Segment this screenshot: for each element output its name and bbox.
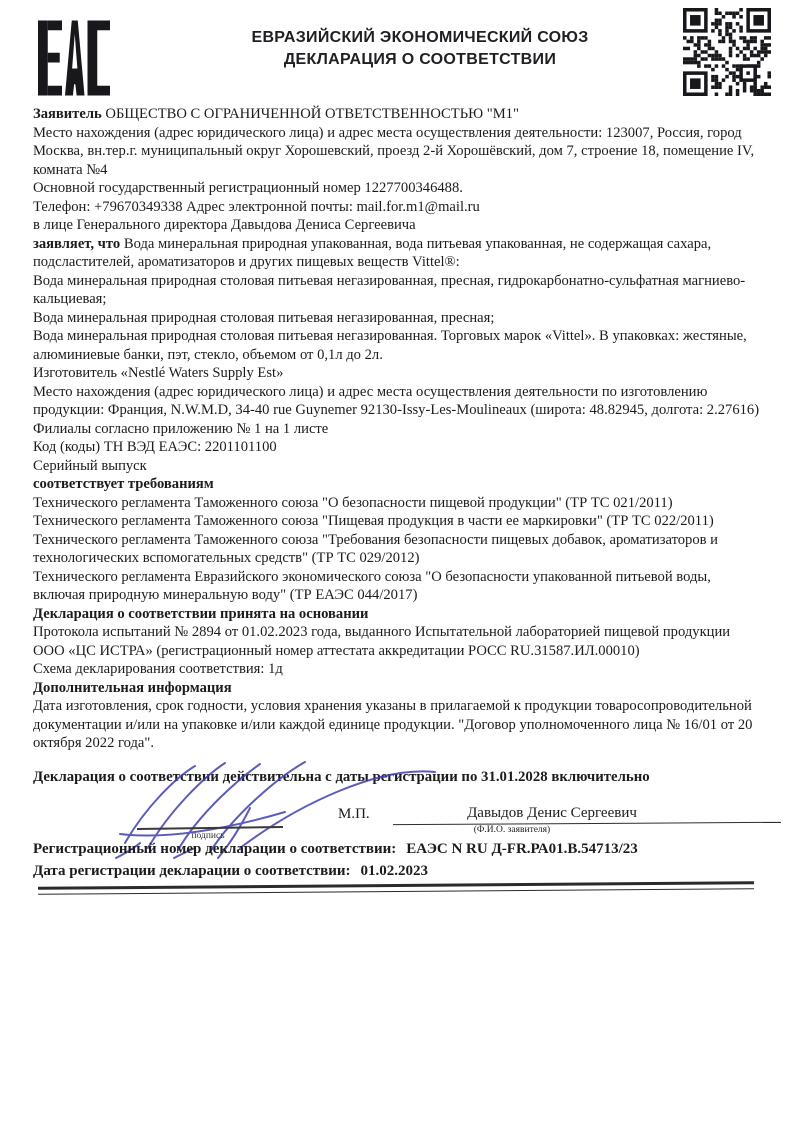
text-segment: Телефон: +79670349338 Адрес электронной … xyxy=(33,199,480,215)
para-product-variant-2: Вода минеральная природная столовая пить… xyxy=(33,309,761,328)
para-additional-info-heading: Дополнительная информация xyxy=(33,679,761,698)
signature-caption: подпись xyxy=(168,831,248,841)
para-manufacturer: Изготовитель «Nestlé Waters Supply Est» xyxy=(33,364,761,383)
para-manufacturer-address: Место нахождения (адрес юридического лиц… xyxy=(33,383,761,420)
para-ogrn: Основной государственный регистрационный… xyxy=(33,179,761,198)
declarant-name-block: Давыдов Денис Сергеевич (Ф.И.О. заявител… xyxy=(393,804,781,835)
validity-statement: Декларация о соответствии действительна … xyxy=(33,769,761,786)
para-basis-heading: Декларация о соответствии принята на осн… xyxy=(33,605,761,624)
text-segment: Место нахождения (адрес юридического лиц… xyxy=(33,125,754,178)
text-segment: Филиалы согласно приложению № 1 на 1 лис… xyxy=(33,421,328,437)
registration-date-value: 01.02.2023 xyxy=(361,863,429,879)
para-applicant-address: Место нахождения (адрес юридического лиц… xyxy=(33,124,761,180)
signature-line xyxy=(137,826,283,830)
text-segment: Вода минеральная природная столовая пить… xyxy=(33,328,747,363)
registration-date-label: Дата регистрации декларации о соответств… xyxy=(33,863,351,879)
para-contacts: Телефон: +79670349338 Адрес электронной … xyxy=(33,198,761,217)
para-declares-product: заявляет, что Вода минеральная природная… xyxy=(33,235,761,272)
text-segment: Технического регламента Таможенного союз… xyxy=(33,495,673,511)
text-segment: Изготовитель «Nestlé Waters Supply Est» xyxy=(33,365,283,381)
para-representative: в лице Генерального директора Давыдова Д… xyxy=(33,216,761,235)
additional-info-label: Дополнительная информация xyxy=(33,680,232,696)
text-segment: Основной государственный регистрационный… xyxy=(33,180,463,196)
text-segment: Вода минеральная природная столовая пить… xyxy=(33,273,745,308)
bottom-rule xyxy=(38,881,754,895)
para-regulation-4: Технического регламента Евразийского эко… xyxy=(33,568,761,605)
text-segment: Вода минеральная природная столовая пить… xyxy=(33,310,494,326)
para-applicant: Заявитель ОБЩЕСТВО С ОГРАНИЧЕННОЙ ОТВЕТС… xyxy=(33,105,761,124)
stamp-placeholder: М.П. xyxy=(338,806,370,823)
applicant-value: ОБЩЕСТВО С ОГРАНИЧЕННОЙ ОТВЕТСТВЕННОСТЬЮ… xyxy=(102,106,519,122)
registration-number-value: ЕАЭС N RU Д-FR.РА01.В.54713/23 xyxy=(406,841,638,857)
para-product-variant-3: Вода минеральная природная столовая пить… xyxy=(33,327,761,364)
text-segment: Код (коды) ТН ВЭД ЕАЭС: 2201101100 xyxy=(33,439,277,455)
basis-label: Декларация о соответствии принята на осн… xyxy=(33,606,368,622)
para-serial-production: Серийный выпуск xyxy=(33,457,761,476)
declaration-body: Заявитель ОБЩЕСТВО С ОГРАНИЧЕННОЙ ОТВЕТС… xyxy=(33,105,761,753)
document-type: ДЕКЛАРАЦИЯ О СООТВЕТСТВИИ xyxy=(120,49,720,71)
complies-label: соответствует требованиям xyxy=(33,476,214,492)
text-segment: Протокола испытаний № 2894 от 01.02.2023… xyxy=(33,624,730,659)
declaration-page: ЕВРАЗИЙСКИЙ ЭКОНОМИЧЕСКИЙ СОЮЗ ДЕКЛАРАЦИ… xyxy=(0,0,793,1122)
para-regulation-2: Технического регламента Таможенного союз… xyxy=(33,512,761,531)
para-complies-heading: соответствует требованиям xyxy=(33,475,761,494)
declarant-name: Давыдов Денис Сергеевич xyxy=(393,804,781,822)
text-segment: Технического регламента Таможенного союз… xyxy=(33,513,714,529)
para-test-protocol: Протокола испытаний № 2894 от 01.02.2023… xyxy=(33,623,761,660)
para-regulation-1: Технического регламента Таможенного союз… xyxy=(33,494,761,513)
para-regulation-3: Технического регламента Таможенного союз… xyxy=(33,531,761,568)
registration-date-line: Дата регистрации декларации о соответств… xyxy=(33,863,428,880)
text-segment: Место нахождения (адрес юридического лиц… xyxy=(33,384,759,419)
text-segment: Дата изготовления, срок годности, услови… xyxy=(33,698,752,751)
registration-number-label: Регистрационный номер декларации о соотв… xyxy=(33,841,396,857)
declares-label: заявляет, что xyxy=(33,236,120,252)
eac-mark-icon xyxy=(38,20,110,96)
text-segment: Вода минеральная природная упакованная, … xyxy=(33,236,711,271)
text-segment: Схема декларирования соответствия: 1д xyxy=(33,661,283,677)
para-scheme: Схема декларирования соответствия: 1д xyxy=(33,660,761,679)
para-product-variant-1: Вода минеральная природная столовая пить… xyxy=(33,272,761,309)
applicant-label: Заявитель xyxy=(33,106,102,122)
qr-code-icon xyxy=(683,8,771,96)
para-branches: Филиалы согласно приложению № 1 на 1 лис… xyxy=(33,420,761,439)
text-segment: в лице Генерального директора Давыдова Д… xyxy=(33,217,416,233)
declarant-name-caption: (Ф.И.О. заявителя) xyxy=(393,825,781,835)
para-tnved-code: Код (коды) ТН ВЭД ЕАЭС: 2201101100 xyxy=(33,438,761,457)
text-segment: Технического регламента Таможенного союз… xyxy=(33,532,718,567)
document-title: ЕВРАЗИЙСКИЙ ЭКОНОМИЧЕСКИЙ СОЮЗ ДЕКЛАРАЦИ… xyxy=(120,27,720,71)
registration-number-line: Регистрационный номер декларации о соотв… xyxy=(33,841,638,858)
para-additional-info: Дата изготовления, срок годности, услови… xyxy=(33,697,761,753)
union-name: ЕВРАЗИЙСКИЙ ЭКОНОМИЧЕСКИЙ СОЮЗ xyxy=(120,27,720,49)
text-segment: Технического регламента Евразийского эко… xyxy=(33,569,711,604)
text-segment: Серийный выпуск xyxy=(33,458,147,474)
